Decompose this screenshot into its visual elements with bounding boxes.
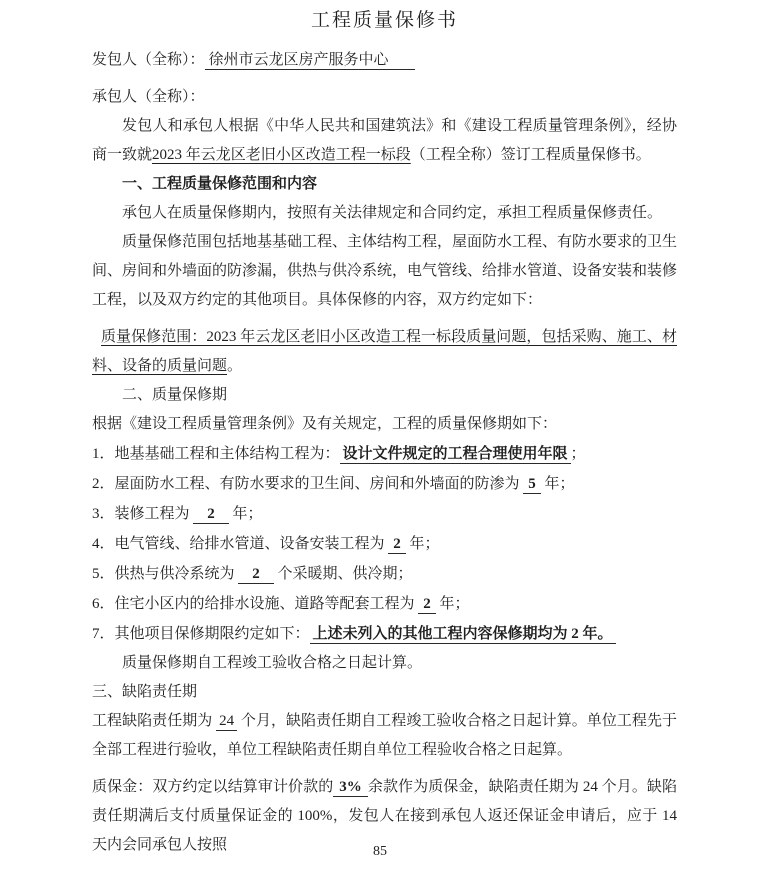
employer-label: 发包人（全称）： [92,52,205,68]
document-page: { "page": { "title": "工程质量保修书", "page_nu… [0,0,760,870]
page-number: 85 [0,842,760,862]
contractor-line: 承包人（全称）： [92,83,677,112]
warranty-scope-tail: 。 [227,358,242,374]
warranty-item-5: 5．供热与供冷系统为 2 个采暖期、供冷期； [92,559,677,589]
warranty-item-1-fill: 设计文件规定的工程合理使用年限 [340,446,571,464]
warranty-responsibility-paragraph: 承包人在质量保修期内，按照有关法律规定和合同约定，承担工程质量保修责任。 [92,199,677,228]
contractor-label: 承包人（全称）： [92,89,205,105]
preamble-paragraph: 发包人和承包人根据《中华人民共和国建筑法》和《建设工程质量管理条例》，经协商一致… [92,112,677,170]
warranty-item-7-fill: 上述未列入的其他工程内容保修期均为 2 年。 [310,626,616,644]
warranty-item-3: 3．装修工程为 2 年； [92,499,677,529]
document-title: 工程质量保修书 [92,8,677,34]
warranty-item-7: 7．其他项目保修期限约定如下：上述未列入的其他工程内容保修期均为 2 年。 [92,619,677,649]
defect-liability-paragraph: 工程缺陷责任期为 24 个月，缺陷责任期自工程竣工验收合格之日起计算。单位工程先… [92,707,677,765]
warranty-item-2-fill: 5 [523,476,541,494]
warranty-period-closing: 质量保修期自工程竣工验收合格之日起计算。 [92,649,677,678]
warranty-scope-paragraph: 质量保修范围包括地基基础工程、主体结构工程，屋面防水工程、有防水要求的卫生间、房… [92,228,677,315]
warranty-item-3-fill: 2 [193,506,229,524]
section1-heading: 一、工程质量保修范围和内容 [92,170,677,199]
warranty-item-5-fill: 2 [238,566,274,584]
warranty-scope-agreed-paragraph: 质量保修范围：2023 年云龙区老旧小区改造工程一标段质量问题，包括采购、施工、… [92,323,677,381]
project-name: 2023 年云龙区老旧小区改造工程一标段 [152,147,411,163]
warranty-item-1: 1．地基基础工程和主体结构工程为：设计文件规定的工程合理使用年限； [92,439,677,469]
warranty-item-6: 6．住宅小区内的给排水设施、道路等配套工程为 2 年； [92,589,677,619]
warranty-period-intro: 根据《建设工程质量管理条例》及有关规定，工程的质量保修期如下： [92,410,677,439]
warranty-item-4-fill: 2 [388,536,406,554]
preamble-tail: （工程全称）签订工程质量保修书。 [411,147,651,163]
retention-percent-fill: 3% [333,779,368,797]
defect-months-fill: 24 [216,713,237,731]
warranty-item-4: 4．电气管线、给排水管道、设备安装工程为 2 年； [92,529,677,559]
warranty-item-2: 2．屋面防水工程、有防水要求的卫生间、房间和外墙面的防渗为 5 年； [92,469,677,499]
section2-heading: 二、质量保修期 [92,381,677,410]
employer-name: 徐州市云龙区房产服务中心 [205,52,415,70]
employer-line: 发包人（全称）：徐州市云龙区房产服务中心 [92,46,677,75]
section3-heading: 三、缺陷责任期 [92,678,677,707]
warranty-scope-underlined: 质量保修范围：2023 年云龙区老旧小区改造工程一标段质量问题，包括采购、施工、… [92,329,677,374]
warranty-item-6-fill: 2 [418,596,436,614]
